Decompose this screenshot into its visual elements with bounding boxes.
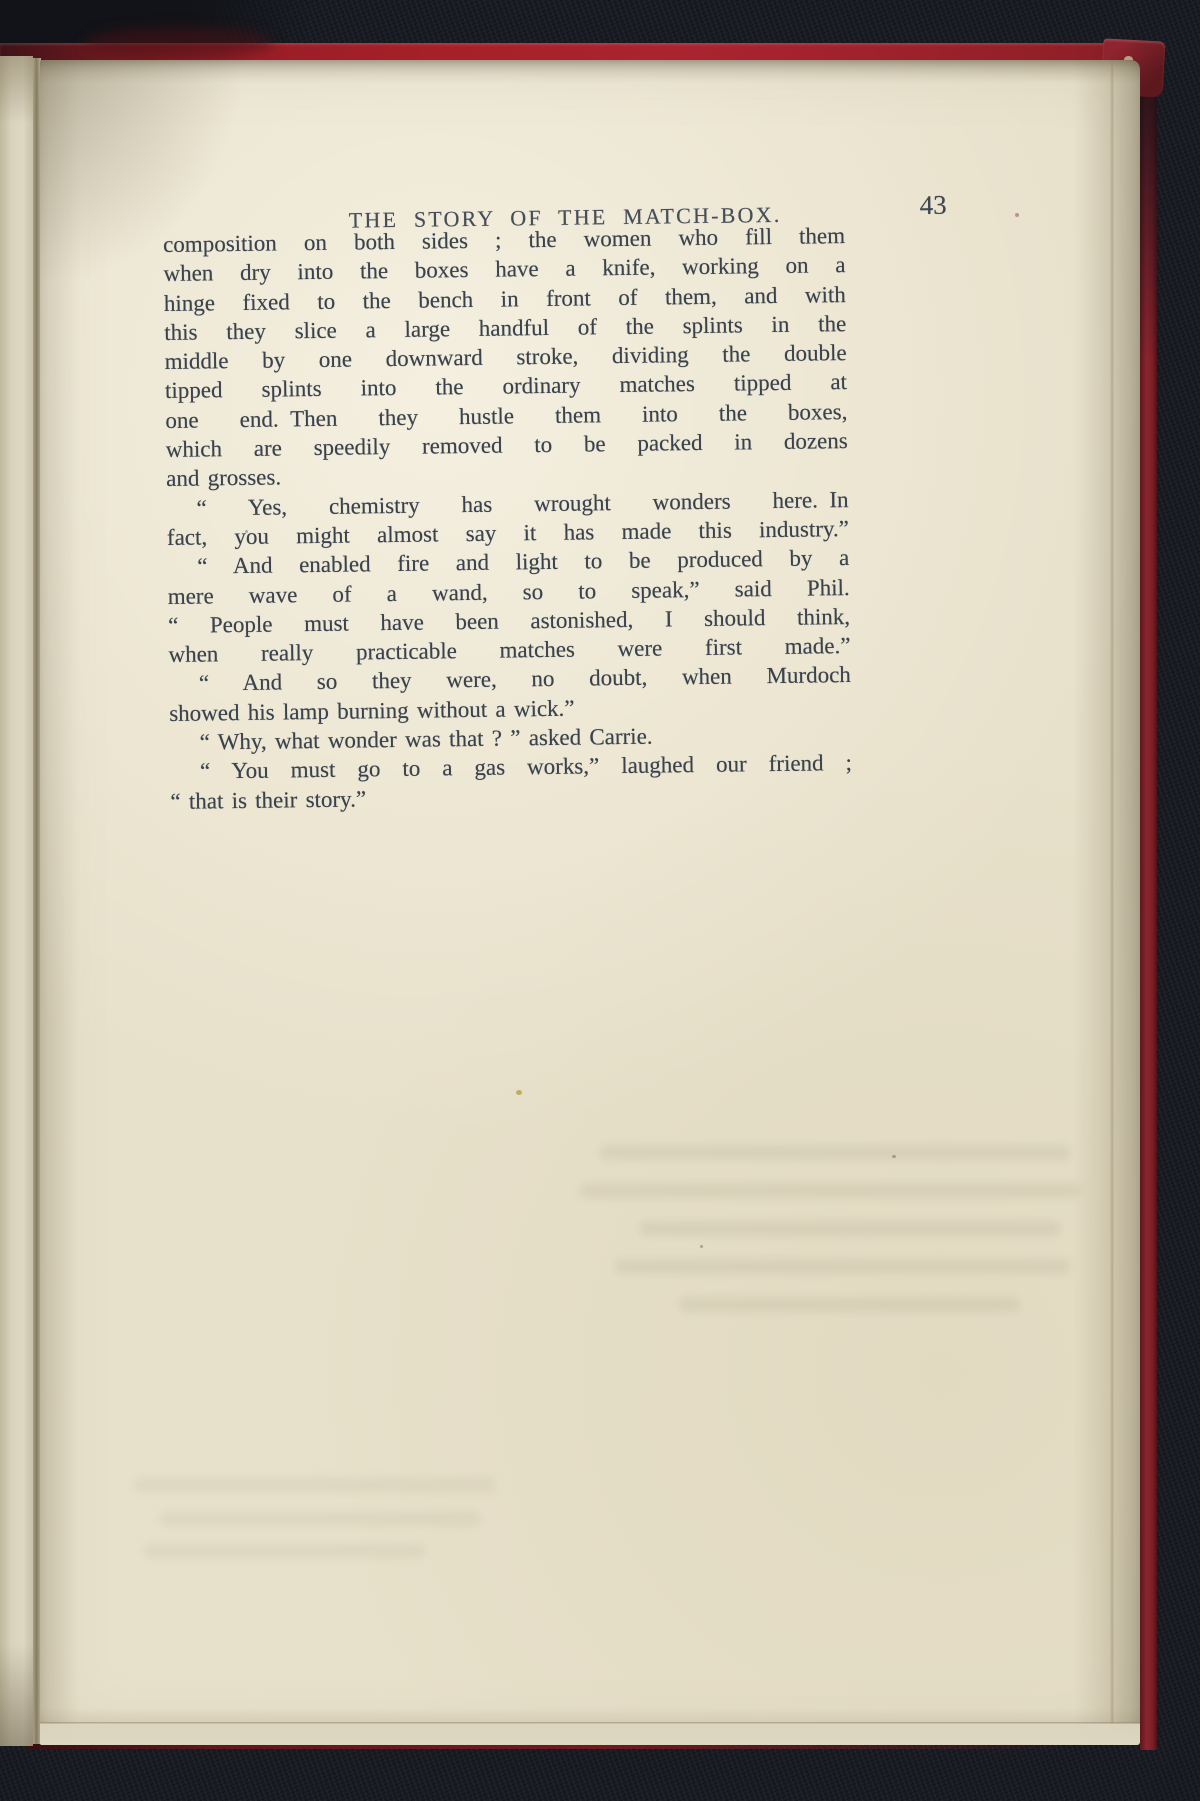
showthrough-smudge: [580, 1183, 1080, 1198]
showthrough-smudge: [160, 1512, 480, 1526]
printed-content: THE STORY OF THE MATCH-BOX. 43 compositi…: [40, 60, 1140, 962]
cover-right-shadow: [1140, 74, 1157, 394]
page-bottom-edge: [40, 1722, 1140, 1745]
showthrough-smudge: [680, 1297, 1020, 1312]
showthrough-smudge: [600, 1145, 1070, 1160]
paper-speck: [892, 1155, 896, 1158]
showthrough-smudge: [145, 1544, 425, 1558]
paper-speck: [516, 1090, 522, 1095]
page-stack-edge: [0, 56, 33, 1746]
showthrough-smudge: [615, 1259, 1070, 1274]
paper-speck: [700, 1245, 703, 1248]
book-photograph: THE STORY OF THE MATCH-BOX. 43 compositi…: [0, 0, 1200, 1801]
body-text: composition on both sides ; the women wh…: [163, 221, 853, 816]
showthrough-smudge: [640, 1221, 1060, 1236]
book-page: THE STORY OF THE MATCH-BOX. 43 compositi…: [40, 60, 1140, 1745]
showthrough-smudge: [135, 1478, 495, 1492]
page-number: 43: [919, 190, 946, 221]
cover-shadow-smudge: [84, 28, 274, 58]
